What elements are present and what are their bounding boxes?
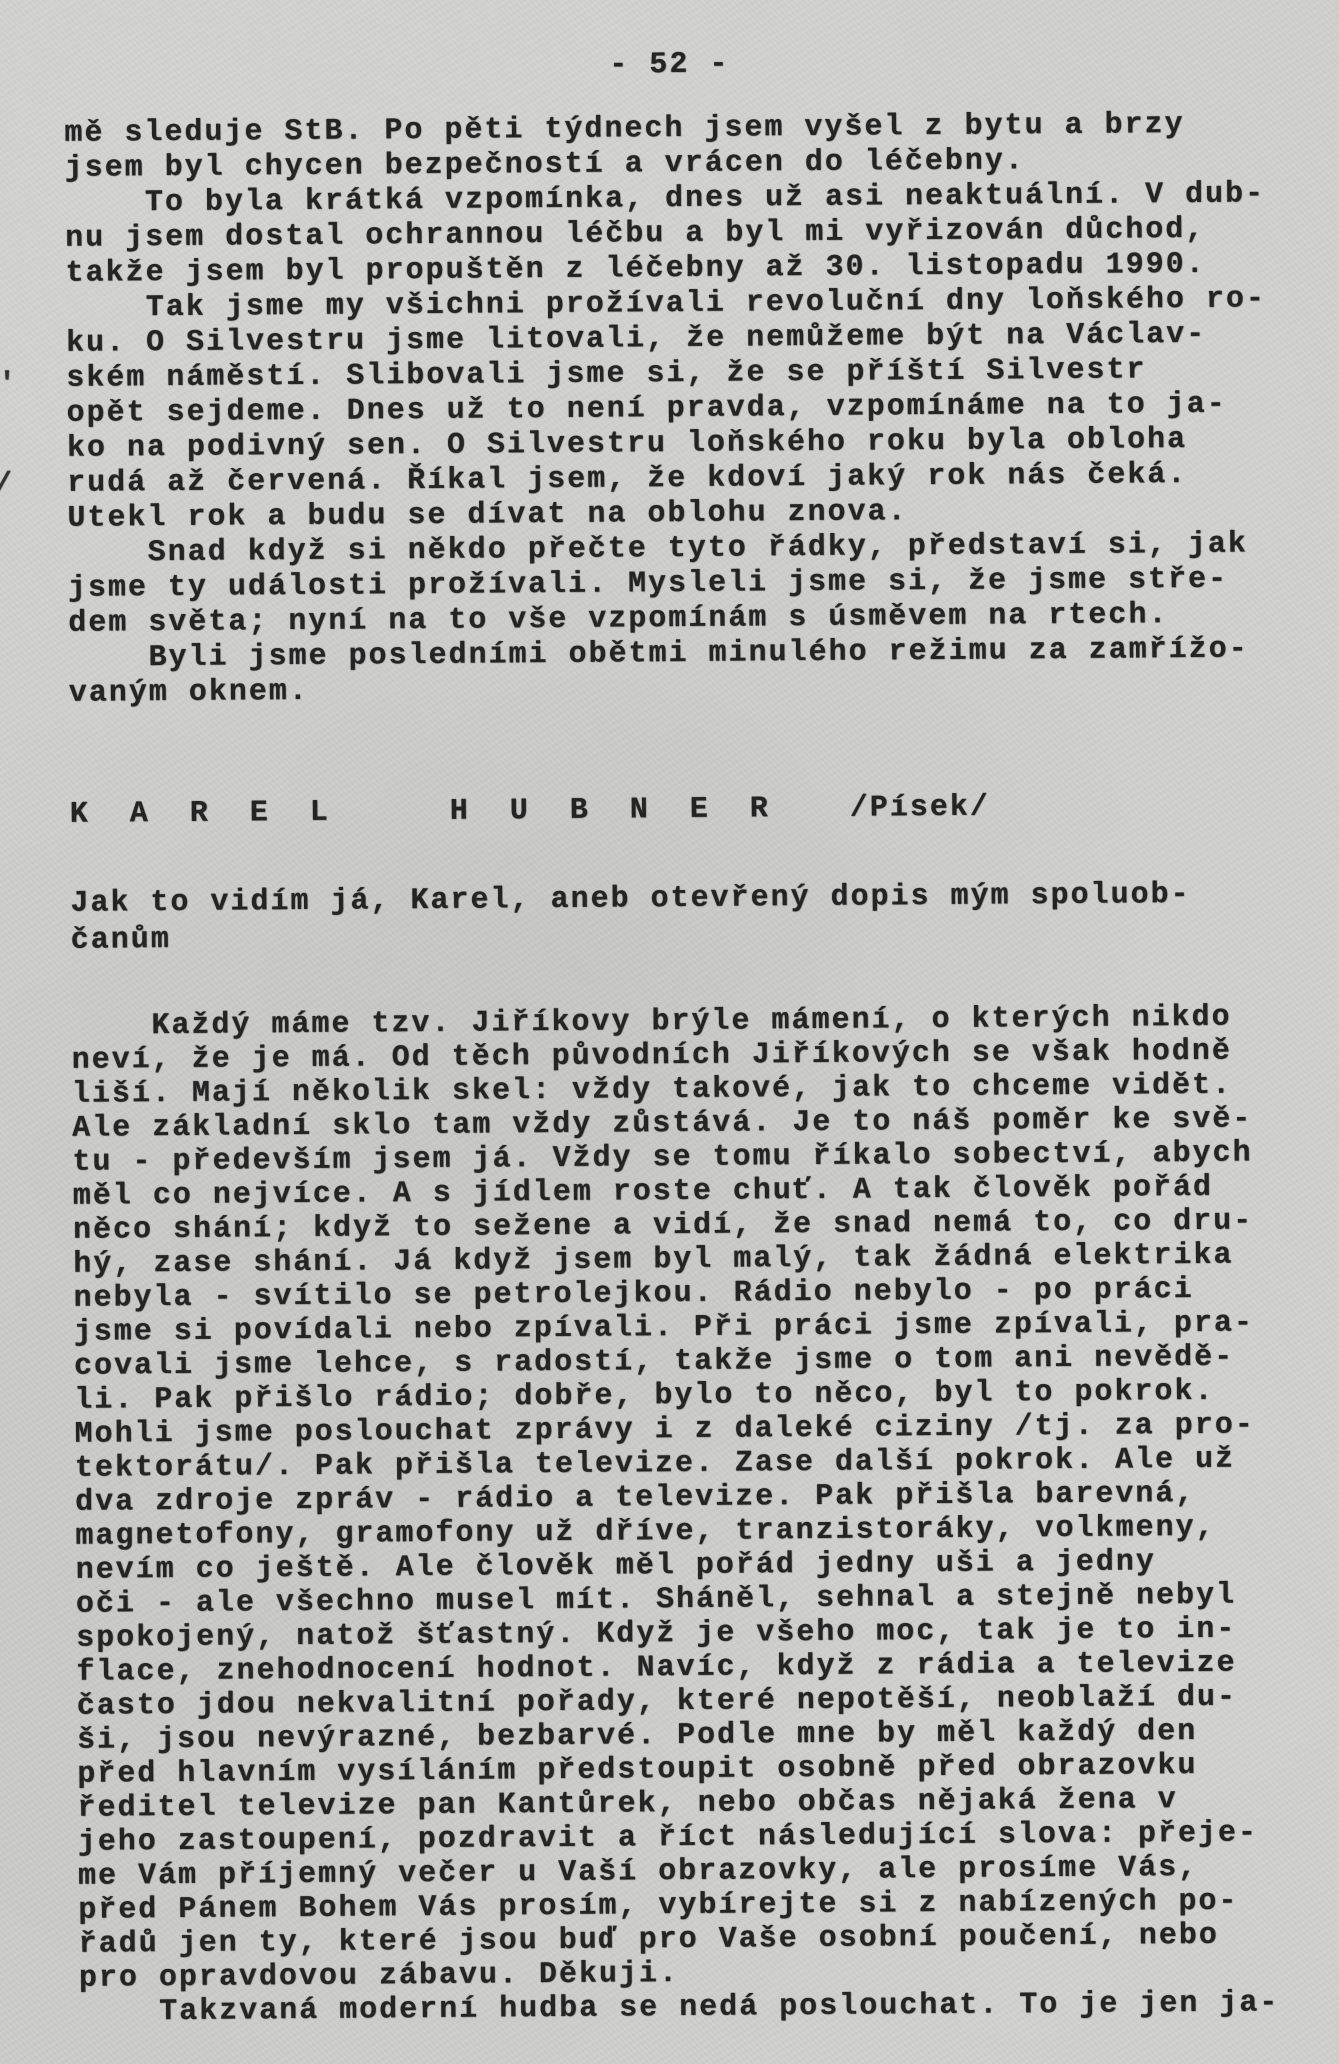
- scanned-document-page: - 52 - mě sleduje StB. Po pěti týdnech j…: [0, 0, 1339, 2064]
- author-heading: K A R E L H U B N E R /Písek/: [70, 788, 1339, 833]
- scan-artifact-mark: ': [0, 368, 18, 402]
- scan-artifact-mark: /: [0, 468, 14, 502]
- author-place: /Písek/: [850, 791, 990, 826]
- page-number: - 52 -: [0, 43, 1339, 88]
- typewritten-content: - 52 - mě sleduje StB. Po pěti týdnech j…: [0, 0, 1339, 2030]
- author-name: K A R E L H U B N E R: [70, 792, 770, 831]
- body-text-block-2: Každý máme tzv. Jiříkovy brýle mámení, o…: [71, 1000, 1334, 2030]
- author-heading-gap: [770, 792, 850, 827]
- letter-title: Jak to vidím já, Karel, aneb otevřený do…: [70, 876, 1339, 960]
- body-text-block-1: mě sleduje StB. Po pěti týdnech jsem vyš…: [64, 107, 1314, 712]
